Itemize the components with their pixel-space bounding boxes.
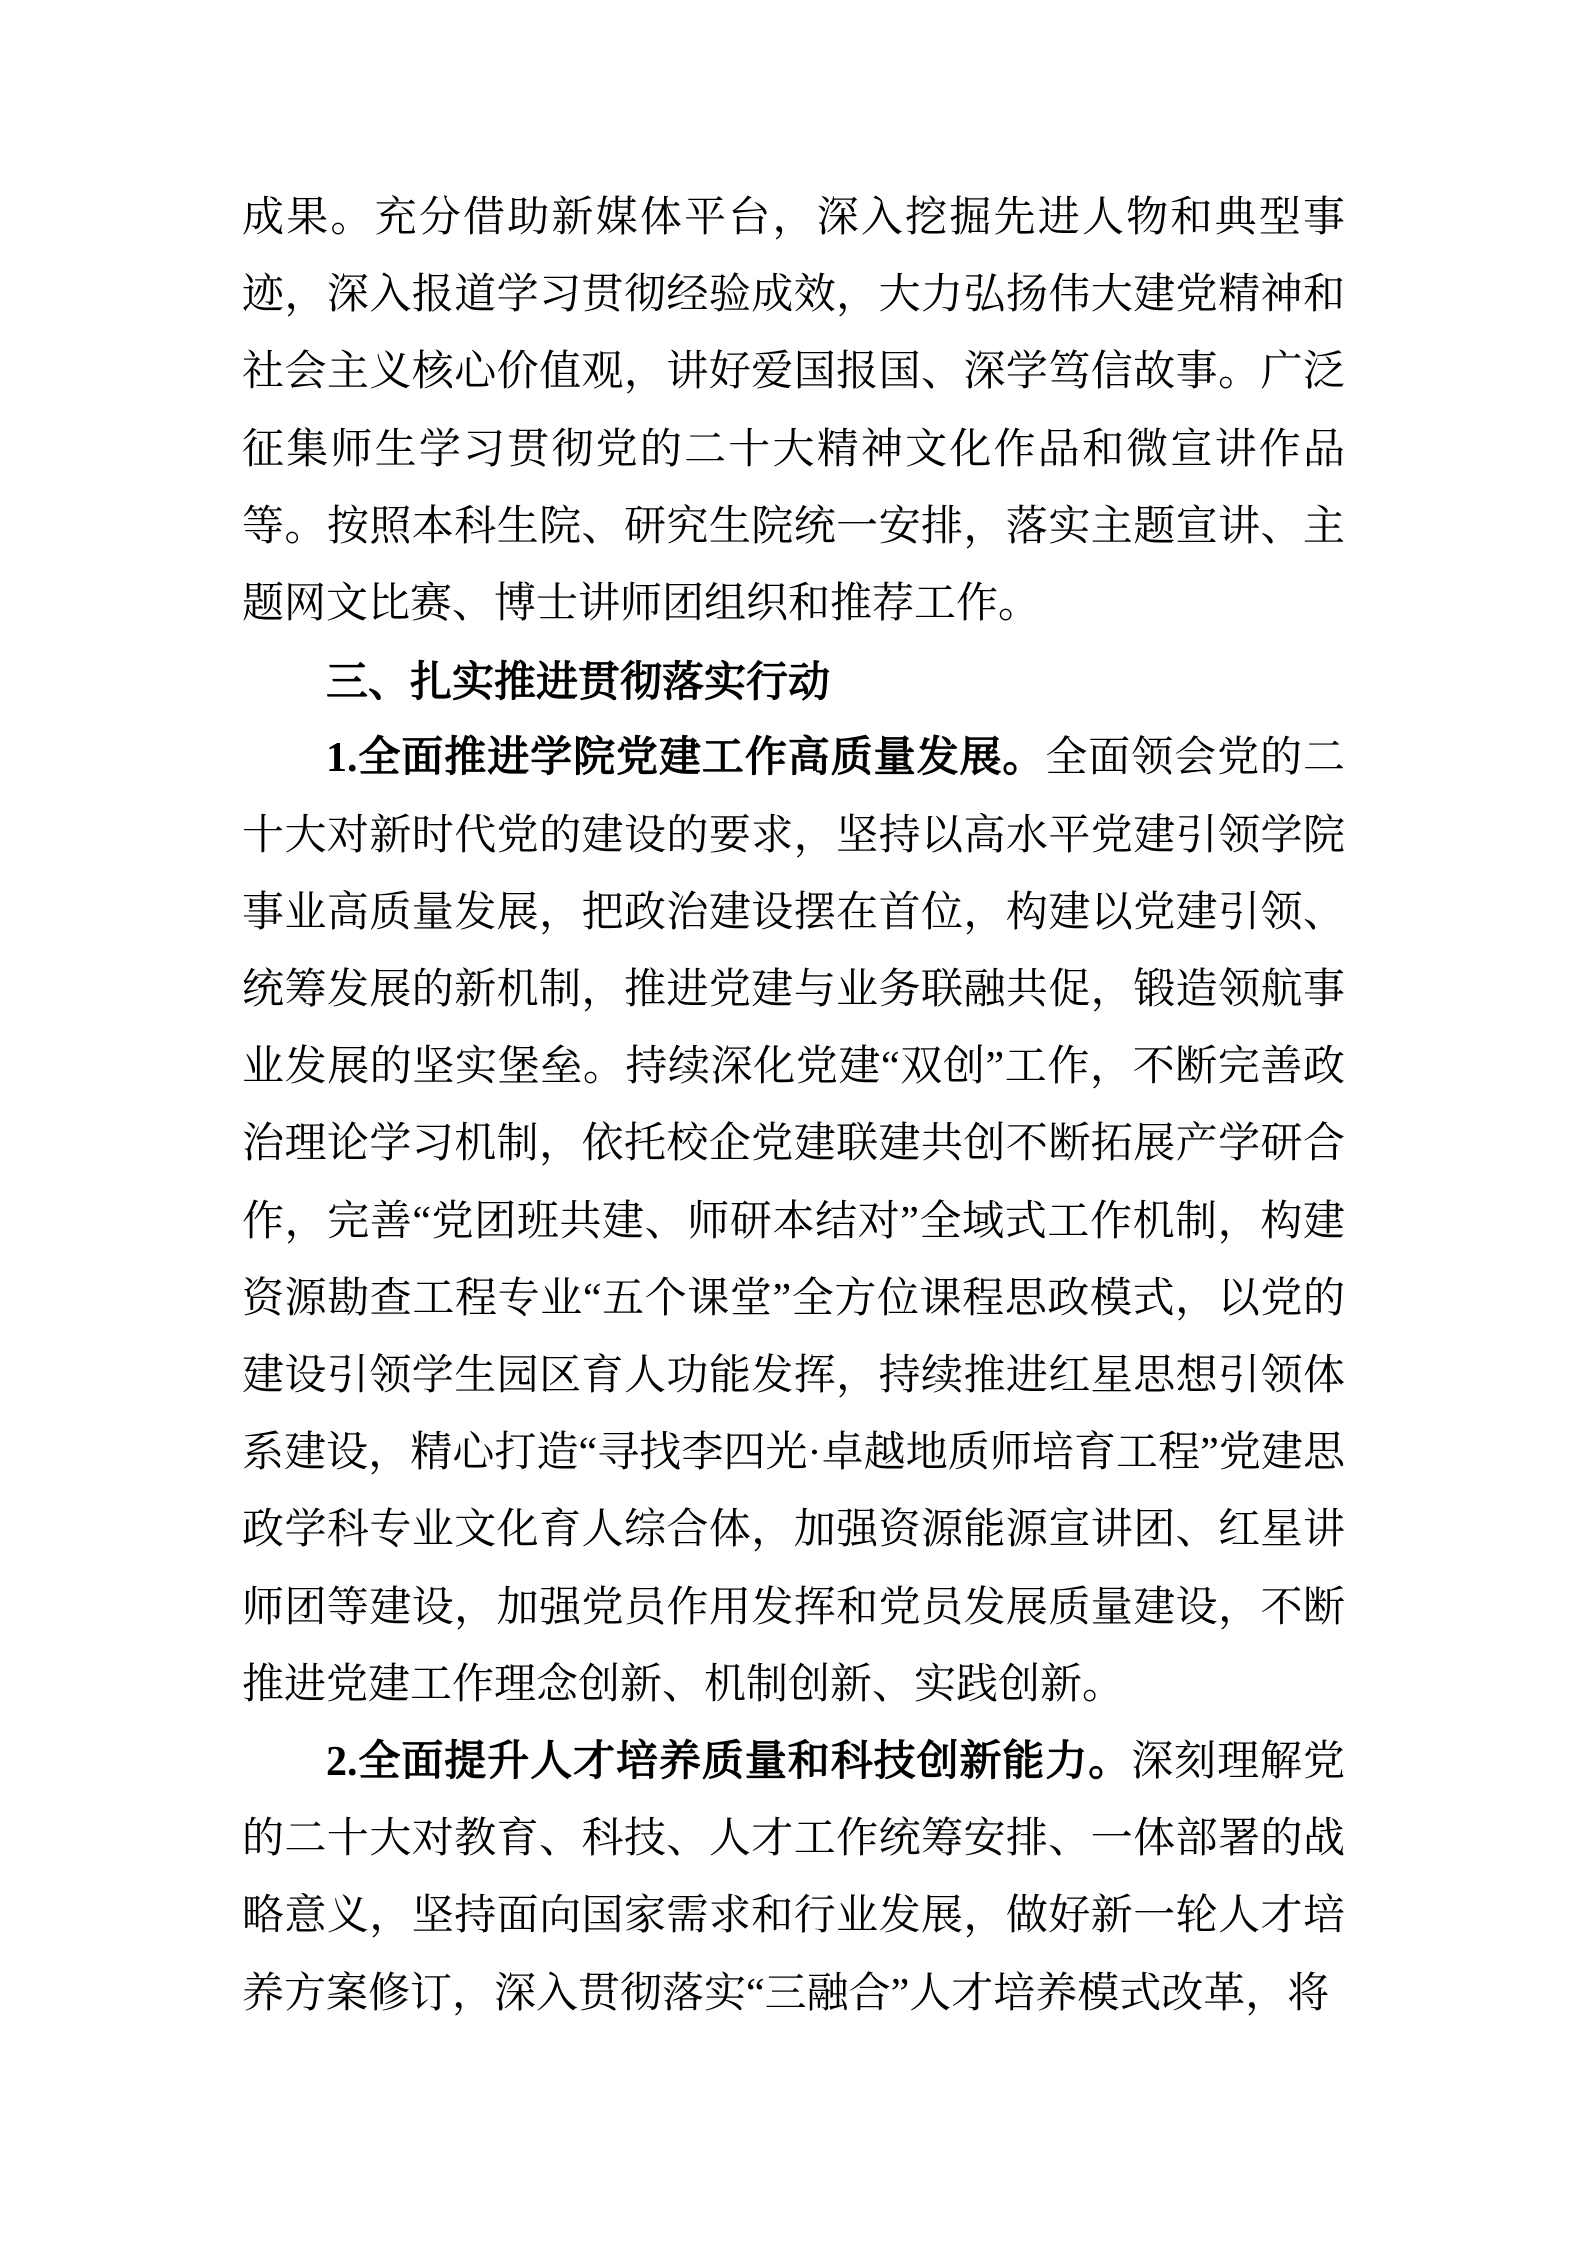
numbered-item-2: 2.全面提升人才培养质量和科技创新能力。深刻理解党的二十大对教育、科技、人才工作… [242,1724,1345,2033]
numbered-item-1: 1.全面推进学院党建工作高质量发展。全面领会党的二十大对新时代党的建设的要求，坚… [242,720,1345,1724]
numbered-item-1-title: 1.全面推进学院党建工作高质量发展。 [326,735,1045,781]
continuation-paragraph: 成果。充分借助新媒体平台，深入挖掘先进人物和典型事迹，深入报道学习贯彻经验成效，… [242,180,1345,643]
numbered-item-2-title: 2.全面提升人才培养质量和科技创新能力。 [326,1739,1131,1785]
numbered-item-1-body: 全面领会党的二十大对新时代党的建设的要求，坚持以高水平党建引领学院事业高质量发展… [242,735,1345,1707]
section-heading: 三、扎实推进贯彻落实行动 [242,643,1345,720]
document-page: 成果。充分借助新媒体平台，深入挖掘先进人物和典型事迹，深入报道学习贯彻经验成效，… [0,0,1587,2245]
